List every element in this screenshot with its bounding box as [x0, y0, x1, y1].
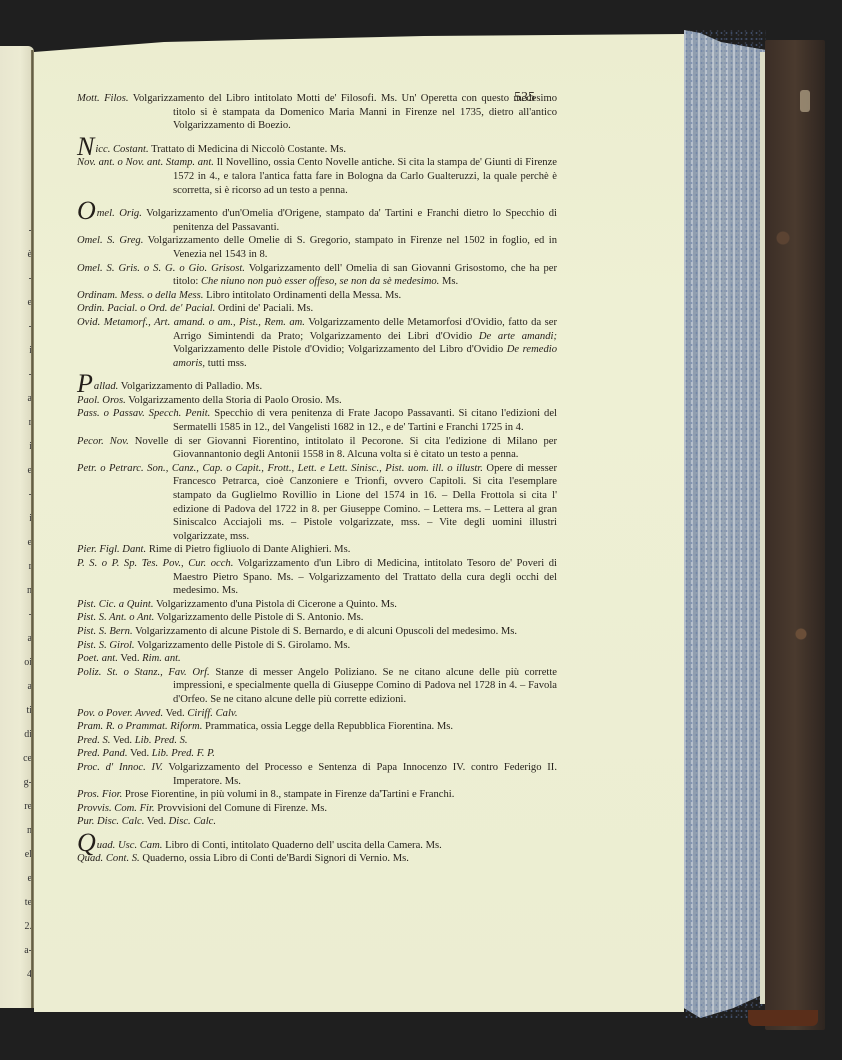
glossary-entry: Nicc. Costant. Trattato di Medicina di N…	[77, 142, 557, 157]
glossary-entry: Pier. Figl. Dant. Rime di Pietro figliuo…	[77, 543, 557, 557]
entry-italic-title: Lib. Pred. F. P.	[152, 748, 215, 759]
entry-italic-title: Rim. ant.	[142, 653, 181, 664]
entry-definition: Libro di Conti, intitolato Quaderno dell…	[165, 840, 442, 851]
glossary-entry: Pred. S. Ved. Lib. Pred. S.	[77, 734, 557, 748]
glossary-entry: Pist. S. Ant. o Ant. Volgarizzamento del…	[77, 611, 557, 625]
entry-abbreviation: Petr. o Petrarc. Son., Canz., Cap. o Cap…	[77, 463, 483, 474]
entry-abbreviation: Pecor. Nov.	[77, 436, 129, 447]
cover-corner	[748, 1010, 818, 1026]
entry-italic-title: Che niuno non può esser offeso, se non d…	[201, 276, 439, 287]
glossary-entry: Proc. d' Innoc. IV. Volgarizzamento del …	[77, 761, 557, 788]
entry-definition: Volgarizzamento di Palladio. Ms.	[121, 381, 262, 392]
entry-definition: Opere di messer Francesco Petrarca, cioè…	[173, 463, 557, 542]
entry-tail: Ms.	[442, 276, 458, 287]
book-gutter	[31, 50, 34, 1008]
entry-definition: Volgarizzamento d'un'Omelia d'Origene, s…	[146, 208, 557, 233]
entry-italic-title: Disc. Calc.	[169, 816, 216, 827]
entry-abbreviation: Pist. Cic. a Quint.	[77, 599, 154, 610]
entry-definition: Volgarizzamento delle Pistole di S. Anto…	[157, 612, 364, 623]
entry-definition: Ved.	[130, 748, 149, 759]
previous-page-edge: -è-e-i-arie-iern-aoiatidiceg-renelete2.a…	[0, 46, 34, 1008]
glossary-entry: Pist. S. Girol. Volgarizzamento delle Pi…	[77, 639, 557, 653]
cover-wear-spot	[800, 90, 810, 112]
glossary-entry: Ordin. Pacial. o Ord. de' Pacial. Ordini…	[77, 302, 557, 316]
entry-definition: Libro intitolato Ordinamenti della Messa…	[206, 290, 401, 301]
glossary-entry: Mott. Filos. Volgarizzamento del Libro i…	[77, 92, 557, 133]
entry-tail: Volgarizzamento delle Pistole d'Ovidio; …	[173, 344, 503, 355]
entry-definition: Ved.	[147, 816, 166, 827]
glossary-entry: Provvis. Com. Fir. Provvisioni del Comun…	[77, 802, 557, 816]
entry-italic-title: De arte amandi;	[479, 331, 557, 342]
section-initial: O	[77, 196, 96, 225]
entry-definition: Prammatica, ossia Legge della Repubblica…	[205, 721, 453, 732]
entry-abbreviation: Pros. Fior.	[77, 789, 122, 800]
glossary-entry: Pros. Fior. Prose Fiorentine, in più vol…	[77, 788, 557, 802]
entry-abbreviation: allad.	[94, 381, 118, 392]
entry-tail: tutti mss.	[208, 358, 247, 369]
entry-definition: Volgarizzamento delle Omelie di S. Grego…	[148, 235, 557, 260]
glossary-entry: Pred. Pand. Ved. Lib. Pred. F. P.	[77, 747, 557, 761]
entry-definition: Il Novellino, ossia Cento Novelle antich…	[173, 157, 557, 195]
entry-definition: Ved.	[120, 653, 139, 664]
entry-definition: Volgarizzamento del Processo e Sentenza …	[168, 762, 557, 787]
entry-italic-title: Lib. Pred. S.	[135, 735, 188, 746]
entry-definition: Trattato di Medicina di Niccolò Costante…	[151, 144, 346, 155]
entry-abbreviation: Ordinam. Mess. o della Mess.	[77, 290, 203, 301]
entry-definition: Novelle di ser Giovanni Fiorentino, inti…	[135, 436, 557, 461]
entry-abbreviation: Pram. R. o Prammat. Riform.	[77, 721, 202, 732]
entry-definition: Quaderno, ossia Libro di Conti de'Bardi …	[142, 853, 409, 864]
entry-abbreviation: Proc. d' Innoc. IV.	[77, 762, 163, 773]
entry-abbreviation: Nov. ant. o Nov. ant. Stamp. ant.	[77, 157, 214, 168]
entry-definition: Rime di Pietro figliuolo di Dante Alighi…	[149, 544, 351, 555]
entry-abbreviation: Quad. Cont. S.	[77, 853, 140, 864]
glossary-entry: Ovid. Metamorf., Art. amand. o am., Pist…	[77, 316, 557, 370]
entry-abbreviation: Ovid. Metamorf., Art. amand. o am., Pist…	[77, 317, 305, 328]
entry-abbreviation: Paol. Oros.	[77, 395, 126, 406]
book-photo: -è-e-i-arie-iern-aoiatidiceg-renelete2.a…	[0, 0, 842, 1060]
glossary-entry: Pur. Disc. Calc. Ved. Disc. Calc.	[77, 815, 557, 829]
glossary-entry: Pist. S. Bern. Volgarizzamento di alcune…	[77, 625, 557, 639]
entry-definition: Volgarizzamento delle Pistole di S. Giro…	[137, 640, 350, 651]
entry-abbreviation: Pred. S.	[77, 735, 110, 746]
entry-definition: Volgarizzamento del Libro intitolato Mot…	[133, 93, 557, 131]
entry-definition: Volgarizzamento della Storia di Paolo Or…	[128, 395, 341, 406]
entry-abbreviation: Pov. o Pover. Avved.	[77, 708, 163, 719]
glossary-entry: Poliz. St. o Stanz., Fav. Orf. Stanze di…	[77, 666, 557, 707]
glossary-entry: Poet. ant. Ved. Rim. ant.	[77, 652, 557, 666]
glossary-text: Mott. Filos. Volgarizzamento del Libro i…	[77, 92, 557, 866]
entry-abbreviation: Poet. ant.	[77, 653, 118, 664]
glossary-entry: Omel. S. Gris. o S. G. o Gio. Grisost. V…	[77, 262, 557, 289]
entry-abbreviation: Mott. Filos.	[77, 93, 129, 104]
glossary-entry: Pram. R. o Prammat. Riform. Prammatica, …	[77, 720, 557, 734]
glossary-entry: Pallad. Volgarizzamento di Palladio. Ms.	[77, 379, 557, 394]
glossary-entry: Pov. o Pover. Avved. Ved. Ciriff. Calv.	[77, 707, 557, 721]
entry-abbreviation: Provvis. Com. Fir.	[77, 803, 155, 814]
fore-edge-speckle	[684, 30, 766, 1018]
entry-definition: Volgarizzamento di alcune Pistole di S. …	[135, 626, 517, 637]
entry-abbreviation: mel. Orig.	[97, 208, 142, 219]
entry-abbreviation: Pist. S. Girol.	[77, 640, 135, 651]
entry-definition: Specchio di vera penitenza di Frate Jaco…	[173, 408, 557, 433]
glossary-entry: Omel. S. Greg. Volgarizzamento delle Ome…	[77, 234, 557, 261]
glossary-entry: Ordinam. Mess. o della Mess. Libro intit…	[77, 289, 557, 303]
entry-definition: Volgarizzamento d'una Pistola di Ciceron…	[156, 599, 397, 610]
entry-abbreviation: Ordin. Pacial. o Ord. de' Pacial.	[77, 303, 215, 314]
entry-abbreviation: Pier. Figl. Dant.	[77, 544, 146, 555]
glossary-entry: Omel. Orig. Volgarizzamento d'un'Omelia …	[77, 206, 557, 234]
glossary-entry: P. S. o P. Sp. Tes. Pov., Cur. occh. Vol…	[77, 557, 557, 598]
entry-abbreviation: Poliz. St. o Stanz., Fav. Orf.	[77, 667, 210, 678]
entry-abbreviation: Pass. o Passav. Specch. Penit.	[77, 408, 210, 419]
entry-definition: Provvisioni del Comune di Firenze. Ms.	[157, 803, 327, 814]
entry-definition: Prose Fiorentine, in più volumi in 8., s…	[125, 789, 455, 800]
entry-abbreviation: Omel. S. Gris. o S. G. o Gio. Grisost.	[77, 263, 245, 274]
entry-definition: Ved.	[113, 735, 132, 746]
entry-definition: Stanze di messer Angelo Poliziano. Se ne…	[173, 667, 557, 705]
entry-abbreviation: P. S. o P. Sp. Tes. Pov., Cur. occh.	[77, 558, 233, 569]
entry-abbreviation: icc. Costant.	[95, 144, 148, 155]
leather-cover	[765, 40, 825, 1030]
glossary-entry: Pass. o Passav. Specch. Penit. Specchio …	[77, 407, 557, 434]
entry-abbreviation: Pist. S. Bern.	[77, 626, 133, 637]
entry-italic-title: Ciriff. Calv.	[187, 708, 237, 719]
glossary-entry: Nov. ant. o Nov. ant. Stamp. ant. Il Nov…	[77, 156, 557, 197]
entry-abbreviation: Pur. Disc. Calc.	[77, 816, 144, 827]
entry-abbreviation: Pred. Pand.	[77, 748, 128, 759]
entry-abbreviation: Omel. S. Greg.	[77, 235, 143, 246]
glossary-entry: Pecor. Nov. Novelle di ser Giovanni Fior…	[77, 435, 557, 462]
glossary-entry: Quad. Usc. Cam. Libro di Conti, intitola…	[77, 838, 557, 853]
entry-definition: Ved.	[166, 708, 185, 719]
glossary-entry: Pist. Cic. a Quint. Volgarizzamento d'un…	[77, 598, 557, 612]
entry-abbreviation: Pist. S. Ant. o Ant.	[77, 612, 154, 623]
glossary-entry: Petr. o Petrarc. Son., Canz., Cap. o Cap…	[77, 462, 557, 544]
entry-abbreviation: uad. Usc. Cam.	[97, 840, 163, 851]
glossary-entry: Quad. Cont. S. Quaderno, ossia Libro di …	[77, 852, 557, 866]
entry-definition: Ordini de' Paciali. Ms.	[218, 303, 313, 314]
glossary-entry: Paol. Oros. Volgarizzamento della Storia…	[77, 394, 557, 408]
